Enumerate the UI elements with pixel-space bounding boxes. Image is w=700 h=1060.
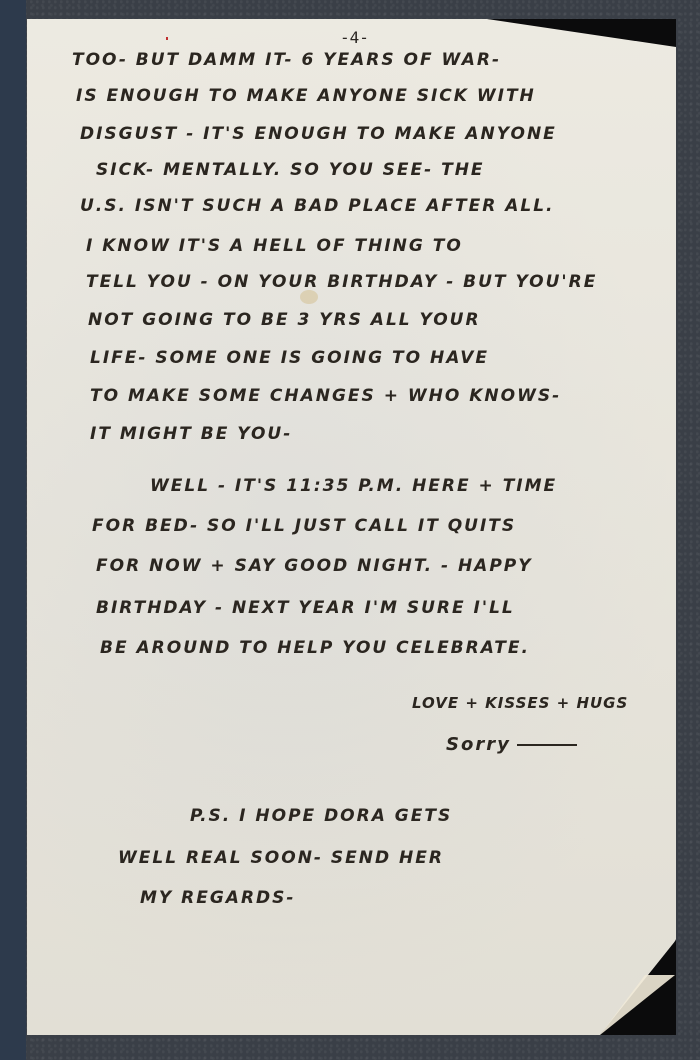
closing-line: Love + Kisses + Hugs [412, 694, 628, 712]
postscript-line: well real soon- Send her [118, 848, 444, 868]
letter-line: is enough to make anyone sick with [76, 86, 536, 106]
signature-text: Sorry [446, 734, 511, 755]
letter-line: U.S. isn't such a bad place after all. [80, 196, 555, 216]
letter-line: too- But damm it- 6 years of war- [72, 50, 501, 70]
letter-line: tell you - on your birthday - but you're [86, 272, 597, 292]
letter-line: Birthday - next year I'm sure I'll [96, 598, 515, 618]
letter-line: for now + say good night. - Happy [96, 556, 533, 576]
letter-line: I know it's a hell of thing to [86, 236, 463, 256]
letter-line: Well - it's 11:35 P.M. here + time [150, 476, 557, 496]
signature-dash [517, 744, 577, 746]
postscript-line: my regards- [140, 888, 295, 908]
letter-line: disgust - it's enough to make anyone [80, 124, 557, 144]
red-ink-speck [166, 37, 168, 40]
letter-line: not going to be 3 yrs all your [88, 310, 481, 330]
letter-line: it might be you- [90, 424, 292, 444]
letter-line: life- Some one is going to have [90, 348, 489, 368]
signature: Sorry [446, 734, 577, 755]
letter-line: to make some changes + who knows- [90, 386, 561, 406]
page-number: -4- [340, 28, 369, 47]
letter-line: for bed- so I'll just call it quits [92, 516, 516, 536]
letter-line: be around to help you celebrate. [100, 638, 530, 658]
paper-stain [300, 290, 318, 304]
postscript-line: P.S. I hope Dora gets [190, 806, 452, 826]
letter-line: sick- mentally. So you see- the [96, 160, 485, 180]
backing-board-left [0, 0, 26, 1060]
